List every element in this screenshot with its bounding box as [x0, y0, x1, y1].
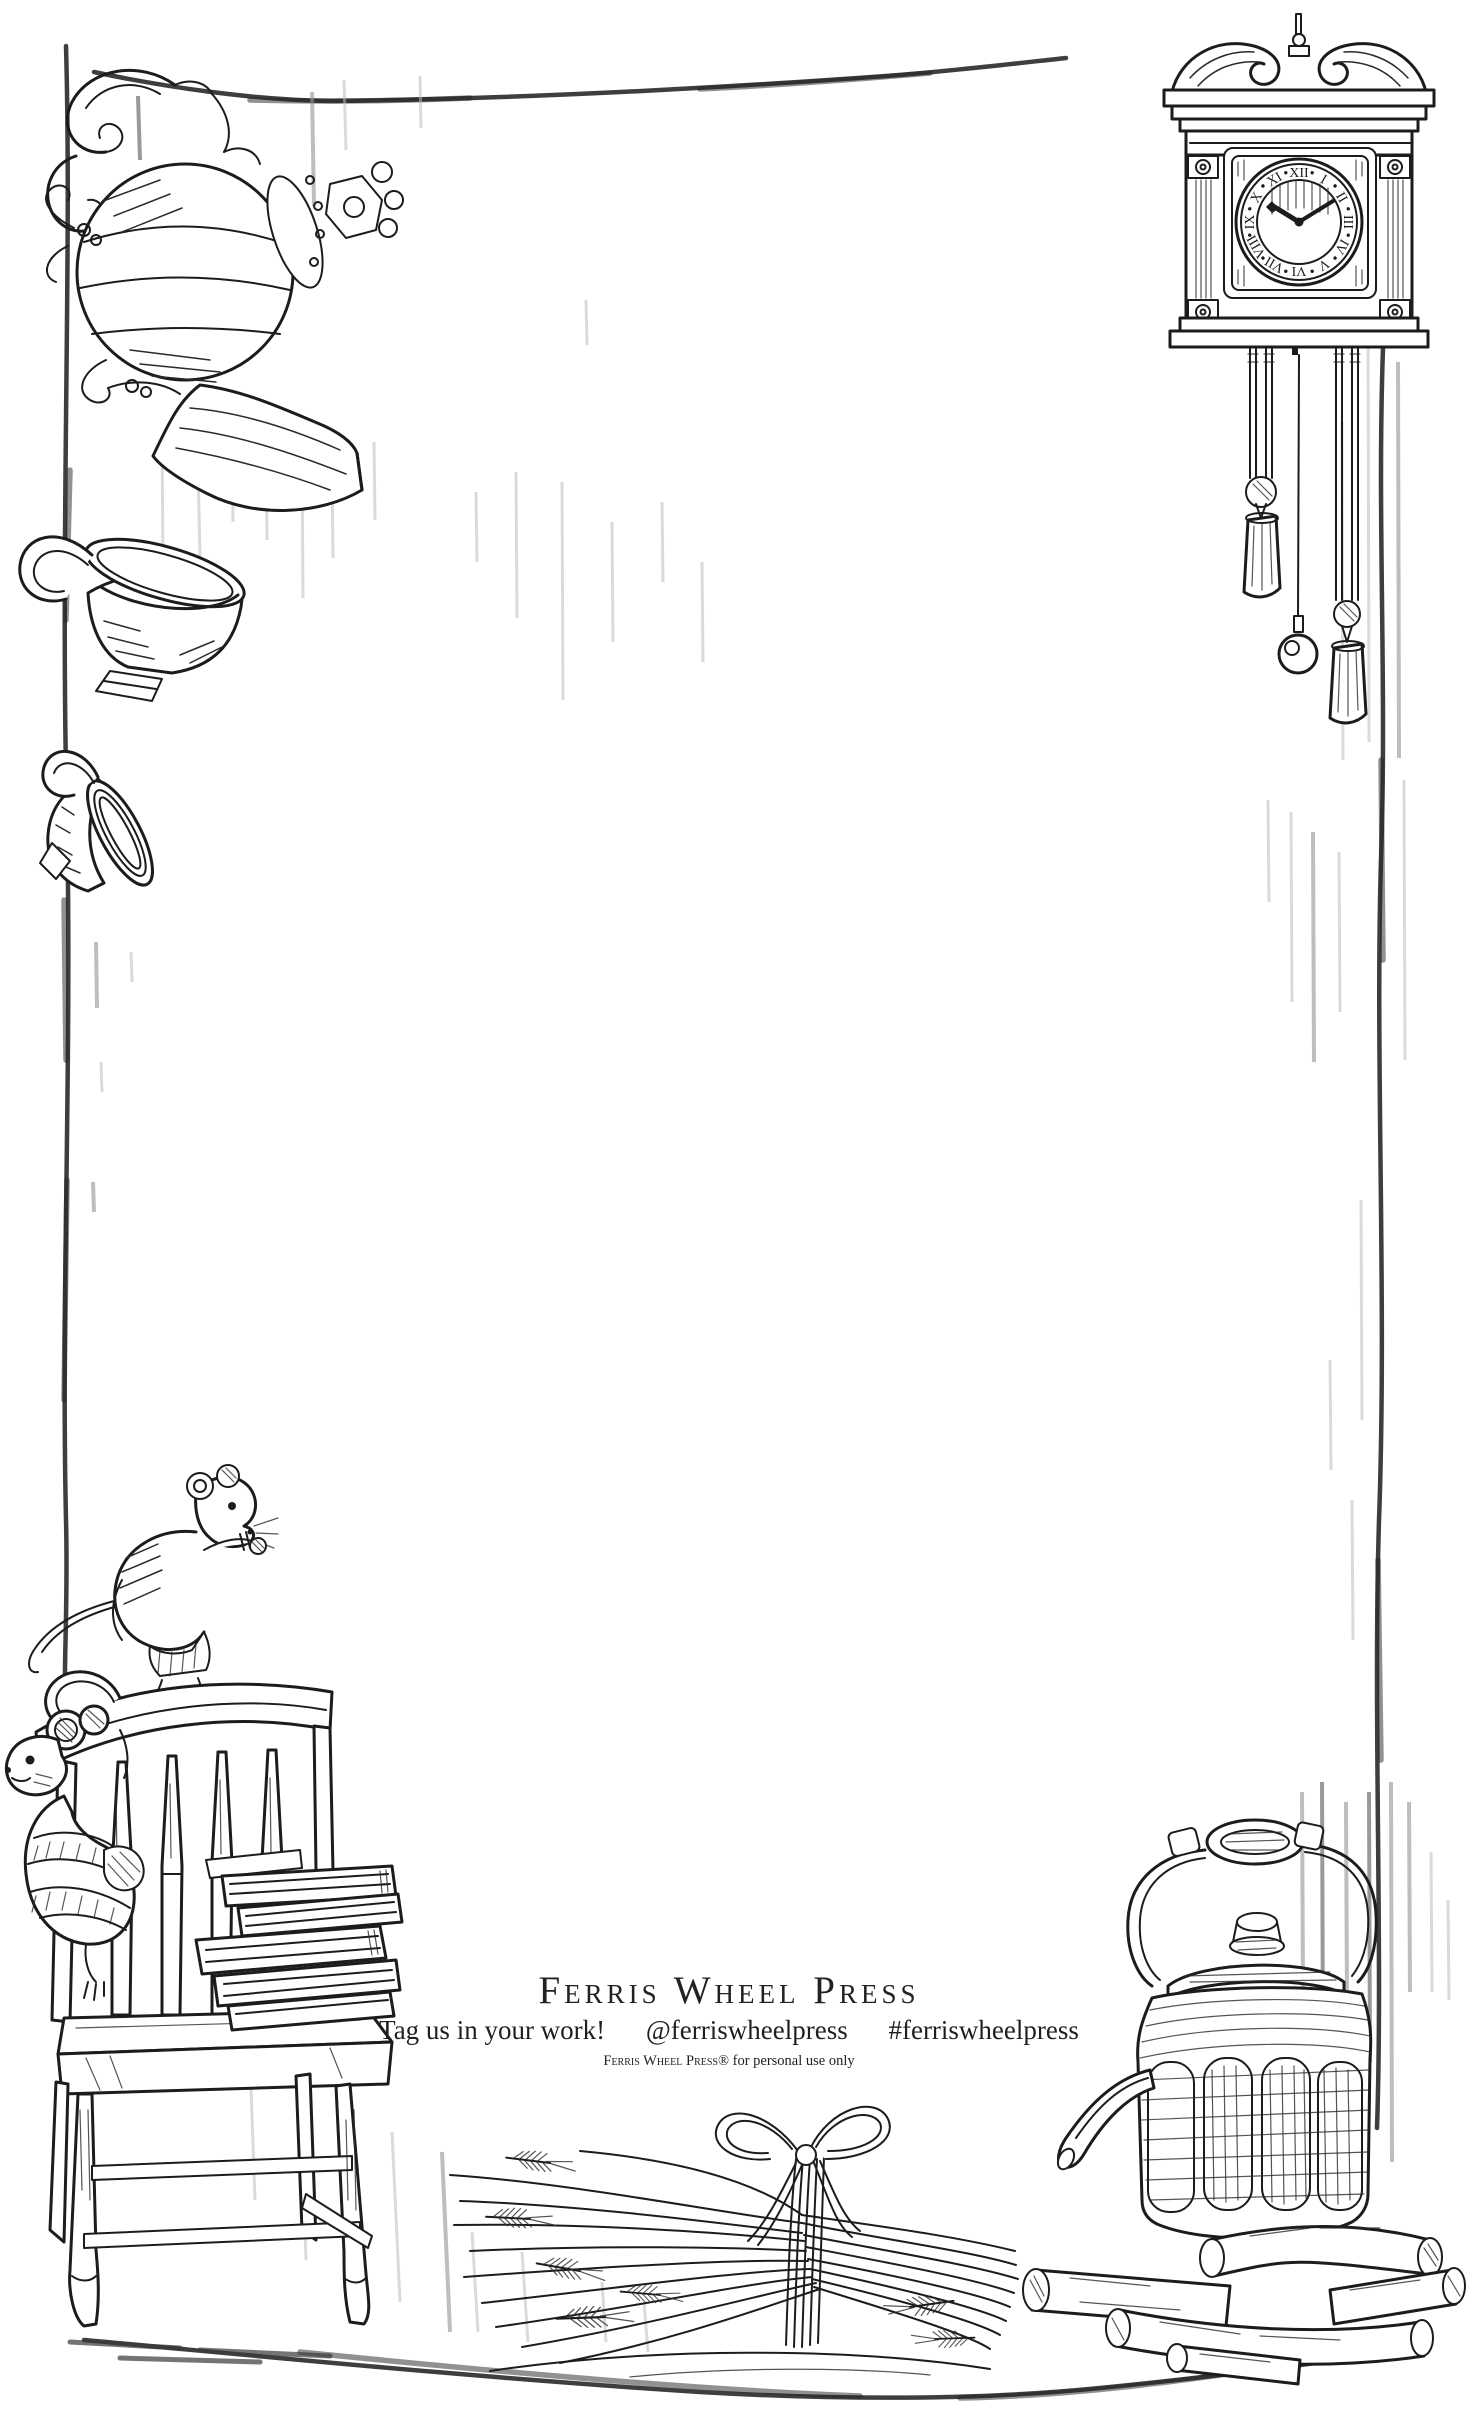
- legal-brand: Ferris Wheel Press®: [603, 2053, 729, 2069]
- wheat-illustration: [430, 2055, 1030, 2422]
- social-tagline: Tag us in your work! @ferriswheelpress #…: [379, 2015, 1079, 2046]
- numeral-12: XII: [1289, 166, 1309, 181]
- teacup-large: [20, 525, 251, 701]
- teapot-body: [77, 164, 293, 382]
- book-stack: [196, 1850, 402, 2030]
- numeral-6: VI: [1291, 263, 1306, 278]
- clock-base-molding: [1170, 318, 1428, 347]
- legal-text: for personal use only: [733, 2053, 855, 2069]
- clock-dial: XII I II III IV V VI VII VIII IX X XI: [1236, 159, 1362, 285]
- tagline-text: Tag us in your work!: [379, 2015, 605, 2045]
- wall-clock-illustration: XII I II III IV V VI VII VIII IX X XI: [1120, 0, 1478, 790]
- kettle-lid: [1168, 1913, 1344, 1998]
- footer-branding: Ferris Wheel Press Tag us in your work! …: [379, 1968, 1079, 2070]
- clock-pediment: [1172, 14, 1426, 92]
- teapot-illustration: [10, 60, 410, 530]
- kettle-handle: [1128, 1820, 1376, 1986]
- colouring-page: XII I II III IV V VI VII VIII IX X XI: [0, 0, 1478, 2422]
- wheat-stalks: [450, 2148, 1018, 2363]
- teacups-illustration: [0, 495, 260, 915]
- social-handle: @ferriswheelpress: [646, 2015, 848, 2045]
- ground-line: [490, 2353, 990, 2377]
- firewood-logs: [1023, 2227, 1465, 2385]
- legal-notice: Ferris Wheel Press® for personal use onl…: [379, 2053, 1079, 2070]
- social-hashtag: #ferriswheelpress: [888, 2015, 1078, 2045]
- kettle-illustration: [1000, 1770, 1478, 2390]
- numeral-3: III: [1340, 215, 1355, 229]
- clock-cornice: [1164, 90, 1434, 155]
- teapot-spout: [153, 385, 362, 510]
- mice-chair-illustration: [0, 1430, 430, 2390]
- chair-seat-and-legs: [50, 2010, 392, 2362]
- kettle-body: [1138, 1988, 1371, 2239]
- numeral-9: IX: [1243, 215, 1258, 230]
- brand-title: Ferris Wheel Press: [379, 1968, 1079, 2013]
- clock-pendulum: [1279, 347, 1317, 673]
- teacup-small: [40, 751, 165, 893]
